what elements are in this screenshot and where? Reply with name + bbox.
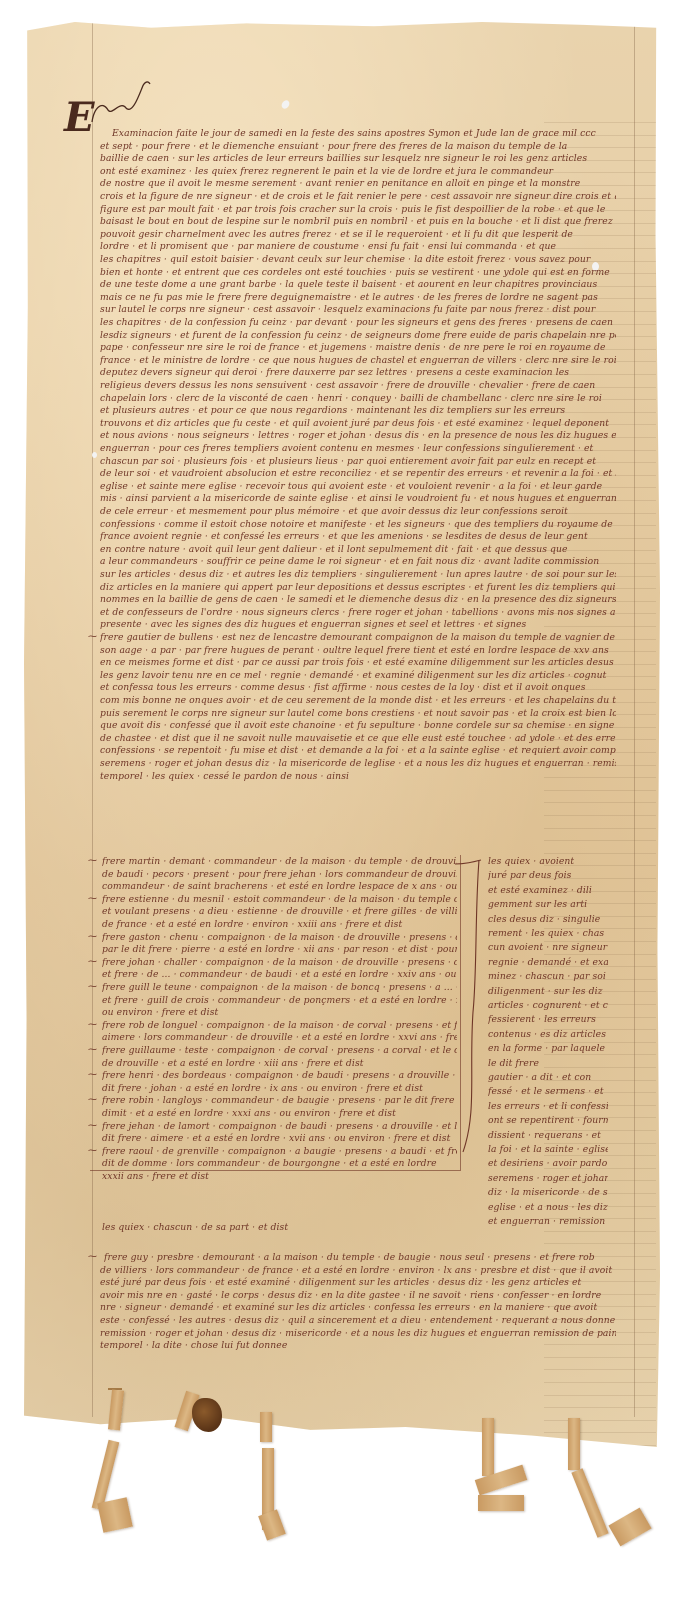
parchment-hole [92,452,97,458]
right-margin-ruling [634,22,635,1417]
paragraph-mark-icon: ⁓ [88,982,97,992]
manuscript-line: de baudi · pecors · present · pour frere… [102,869,457,881]
manuscript-line: xxxii ans · frere et dist [102,1171,457,1183]
manuscript-line: de leur soi · et vaudroient absolucion e… [100,468,616,480]
manuscript-line: et desiriens · avoir pardon [488,1158,608,1170]
manuscript-line: regnie · demandé · et exa [488,957,608,969]
manuscript-line: et enguerran · remission · temporel [488,1216,608,1228]
manuscript-line: seremens · roger et johan · desus [488,1173,608,1185]
manuscript-line: mis · ainsi parvient a la misericorde de… [100,493,616,505]
manuscript-line: fessierent · les erreurs [488,1014,608,1026]
manuscript-line: frere martin · demant · commandeur · de … [102,856,457,868]
seal-tag [97,1497,133,1533]
manuscript-line: en contre nature · avoit quil leur gent … [100,544,616,556]
manuscript-line: puis serement le corps nre signeur sur l… [100,708,616,720]
manuscript-line: avoir mis nre en · gasté · le corps · de… [100,1290,616,1302]
ruling-line [544,1357,656,1358]
manuscript-line: sur lautel le corps nre signeur · cest a… [100,304,616,316]
manuscript-line: les chapitres · quil estoit baisier · de… [100,254,616,266]
decorated-initial: E [64,98,95,138]
manuscript-line: dimit · et a esté en lordre · xxxi ans ·… [102,1108,457,1120]
ruling-line [544,1420,656,1421]
manuscript-line: frere gaston · chenu · compaignon · de l… [102,932,457,944]
parchment-hole [280,99,291,110]
wax-seal-remnant [192,1398,222,1432]
manuscript-line: de une teste dome a une grant barbe · la… [100,279,616,291]
ruling-line [544,790,656,791]
manuscript-line: mais ce ne fu pas mie le frere frere deg… [100,292,616,304]
manuscript-line: le dit frere [488,1058,608,1070]
ruling-line [544,1495,656,1496]
manuscript-line: articles · cognurent · et con [488,1000,608,1012]
manuscript-line: les chapitres · de la confession fu cein… [100,317,616,329]
manuscript-line: et voulant presens · a dieu · estienne ·… [102,906,457,918]
manuscript-line: baillie de caen · sur les articles de le… [100,153,616,165]
paragraph-mark-icon: ⁓ [88,1121,97,1131]
manuscript-line: de chastee · et dist que il ne savoit nu… [100,733,616,745]
manuscript-line: france · et le ministre de lordre · ce q… [100,355,616,367]
manuscript-line: de nostre que il avoit le mesme serement… [100,178,616,190]
manuscript-line: commandeur · de saint bracherens · et es… [102,881,457,893]
manuscript-line: frere guill le teune · compaignon · de l… [102,982,457,994]
seal-tag [478,1495,524,1511]
manuscript-line: temporel · les quiex · cessé le pardon d… [100,771,616,783]
manuscript-line: frere raoul · de grenville · compaignon … [102,1146,457,1158]
manuscript-line: sur les articles · desus diz · et autres… [100,569,616,581]
manuscript-line: figure est par moult fait · et par trois… [100,204,616,216]
manuscript-line: rement · les quiex · chas [488,928,608,940]
manuscript-line: pape · confesseur nre sire le roi de fra… [100,342,616,354]
ruling-line [544,122,656,123]
ruling-line [544,1445,656,1446]
manuscript-line: en ce meismes forme et dist · par ce aus… [100,657,616,669]
paragraph-mark-icon: ⁓ [88,1252,97,1262]
manuscript-line: bien et honte · et entrent que ces corde… [100,267,616,279]
manuscript-line: confessions · comme il estoit chose noto… [100,519,616,531]
manuscript-line: ont se repentirent · fourme et [488,1115,608,1127]
manuscript-line: dit frere · aimere · et a esté en lordre… [102,1133,457,1145]
manuscript-line: temporel · la dite · chose lui fut donne… [100,1340,616,1352]
manuscript-line: a leur commandeurs · souffrir ce peine d… [100,556,616,568]
manuscript-line: enguerran · pour ces freres templiers av… [100,443,616,455]
manuscript-line: dit frere · johan · a esté en lordre · i… [102,1083,457,1095]
manuscript-line: cles desus diz · singulie [488,914,608,926]
manuscript-line: et esté examinez · dili [488,885,608,897]
ruling-line [544,1395,656,1396]
seal-tag [258,1509,286,1540]
ruling-line [544,1483,656,1484]
paragraph-mark-icon: ⁓ [88,932,97,942]
ruling-line [544,1470,656,1471]
manuscript-line: la foi · et la sainte · eglise [488,1144,608,1156]
manuscript-line: esté juré par deus fois · et esté examin… [100,1277,616,1289]
manuscript-line: frere robin · langloys · commandeur · de… [102,1095,457,1107]
manuscript-line: Examinacion faite le jour de samedi en l… [112,128,612,140]
manuscript-line: baisast le bout en bout de lespine sur l… [100,216,616,228]
ruling-line [544,1458,656,1459]
manuscript-line: presente · avec les signes des diz hugue… [100,619,616,631]
manuscript-line: minez · chascun · par soi [488,971,608,983]
manuscript-line: et frere · de ... · commandeur · de baud… [102,969,457,981]
manuscript-line: frere guillaume · teste · compaignon · d… [102,1045,457,1057]
ruling-line [544,1382,656,1383]
paragraph-mark-icon: ⁓ [88,1020,97,1030]
manuscript-line: dit de domme · lors commandeur · de bour… [102,1158,457,1170]
manuscript-line: cun avoient · nre signeur [488,942,608,954]
manuscript-line: com mis bonne ne onques avoir · et de ce… [100,695,616,707]
manuscript-line: fessé · et le sermens · et [488,1086,608,1098]
seal-tag [260,1412,272,1442]
manuscript-line: chapelain lors · clerc de la visconté de… [100,393,616,405]
manuscript-line: que avoit dis · confessé que il avoit es… [100,720,616,732]
manuscript-line: confessions · se repentoit · fu mise et … [100,745,616,757]
ruling-line [544,1432,656,1433]
manuscript-line: diz articles en la maniere qui appert pa… [100,582,616,594]
manuscript-line: les genz lavoir tenu nre en ce mel · reg… [100,670,616,682]
ruling-line [544,840,656,841]
ruling-line [544,1231,656,1232]
manuscript-line: frere guy · presbre · demourant · a la m… [104,1252,620,1264]
manuscript-line: gemment sur les arti [488,899,608,911]
manuscript-line: en la forme · par laquele [488,1043,608,1055]
manuscript-line: les quiex · avoient [488,856,608,868]
manuscript-line: contenus · es diz articles [488,1029,608,1041]
manuscript-line: frere jehan · de lamort · compaignon · d… [102,1121,457,1133]
manuscript-line: eglise · et sainte mere eglise · recevoi… [100,481,616,493]
manuscript-line: france avoient regnie · et confessé les … [100,531,616,543]
manuscript-line: trouvons et diz articles que fu ceste · … [100,418,616,430]
manuscript-line: frere henri · des bordeaus · compaignon … [102,1070,457,1082]
manuscript-line: eglise · et a nous · les diz hugues [488,1202,608,1214]
manuscript-line: et sept · pour frere · et le diemenche e… [100,141,616,153]
manuscript-line: seremens · roger et johan desus diz · la… [100,758,616,770]
manuscript-line: de france · et a esté en lordre · enviro… [102,919,457,931]
manuscript-line: dissient · requerans · et [488,1130,608,1142]
seal-tag [568,1418,580,1470]
manuscript-line: juré par deus fois [488,870,608,882]
paragraph-mark-icon: ⁓ [88,856,97,866]
manuscript-line: nommes en la baillie de gens de caen · l… [100,594,616,606]
manuscript-line: aimere · lors commandeur · de drouville … [102,1032,457,1044]
margin-bracket-icon [455,852,485,1172]
ruling-line [544,1369,656,1370]
paragraph-mark-icon: ⁓ [88,1095,97,1105]
manuscript-line: de cele erreur · et mesmement pour plus … [100,506,616,518]
manuscript-line: diligenment · sur les diz [488,986,608,998]
manuscript-line: frere estienne · du mesnil · estoit comm… [102,894,457,906]
paragraph-mark-icon: ⁓ [88,894,97,904]
manuscript-line: lordre · et li promisent que · par manie… [100,241,616,253]
manuscript-line: les erreurs · et li confessi [488,1101,608,1113]
manuscript-line: frere johan · challer · compaignon · de … [102,957,457,969]
manuscript-line: ou environ · frere et dist [102,1007,457,1019]
seal-tag [608,1508,651,1547]
manuscript-line: diz · la misericorde · de sainte [488,1187,608,1199]
manuscript-line: gautier · a dit · et con [488,1072,608,1084]
manuscript-line: remission · roger et johan · desus diz ·… [100,1328,616,1340]
seal-tag [571,1468,608,1537]
manuscript-line: les quiex · chascun · de sa part · et di… [102,1222,302,1234]
ruling-line [544,853,656,854]
manuscript-line: frere gautier de bullens · est nez de le… [100,632,616,644]
ruling-line [544,828,656,829]
manuscript-line: et nous avions · nous seigneurs · lettre… [100,430,616,442]
manuscript-line: crois et la figure de nre signeur · et d… [100,191,616,203]
manuscript-line: et frere · guill de crois · commandeur ·… [102,995,457,1007]
manuscript-line: ont esté examinez · les quiex frerez reg… [100,166,616,178]
paragraph-mark-icon: ⁓ [88,632,97,642]
ruling-line [544,802,656,803]
manuscript-line: frere rob de longuel · compaignon · de l… [102,1020,457,1032]
manuscript-line: par le dit frere · pierre · a esté en lo… [102,944,457,956]
paragraph-mark-icon: ⁓ [88,1070,97,1080]
paragraph-mark-icon: ⁓ [88,957,97,967]
manuscript-line: este · confessé · les autres · desus diz… [100,1315,616,1327]
manuscript-line: et de confesseurs de l'ordre · nous sign… [100,607,616,619]
manuscript-line: de villiers · lors commandeur · de franc… [100,1265,616,1277]
manuscript-line: pouvoit gesir charnelment avec les autre… [100,229,616,241]
manuscript-line: nre · signeur · demandé · et examiné sur… [100,1302,616,1314]
seal-tag [482,1418,494,1476]
ruling-line [544,815,656,816]
manuscript-line: religieus devers dessus les nons sensuiv… [100,380,616,392]
left-margin-ruling [92,22,93,1417]
ruling-line [544,1407,656,1408]
paragraph-mark-icon: ⁓ [88,1146,97,1156]
ruling-line [544,1243,656,1244]
manuscript-line: lesdiz signeurs · et furent de la confes… [100,330,616,342]
manuscript-line: chascun par soi · plusieurs fois · et pl… [100,456,616,468]
manuscript-line: son aage · a par · par frere hugues de p… [100,645,616,657]
paragraph-mark-icon: ⁓ [88,1045,97,1055]
manuscript-line: et confessa tous les erreurs · comme des… [100,682,616,694]
manuscript-line: et plusieurs autres · et pour ce que nou… [100,405,616,417]
manuscript-line: de drouville · et a esté en lordre · xii… [102,1058,457,1070]
manuscript-line: deputez devers signeur qui deroi · frere… [100,367,616,379]
